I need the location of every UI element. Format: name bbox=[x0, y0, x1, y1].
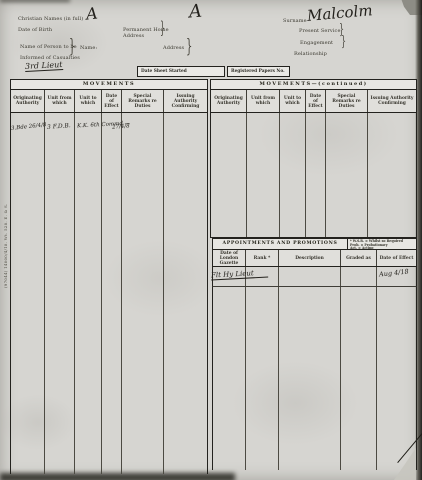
appointments-col-header: Description bbox=[279, 250, 341, 266]
address-brace: } bbox=[186, 39, 192, 58]
movements-header-row: Originating Authority Unit from which Un… bbox=[10, 90, 208, 113]
permanent-home-brace: } bbox=[160, 21, 165, 38]
address-label: Address bbox=[163, 45, 184, 51]
movements-continued-col-header: Date of Effect bbox=[306, 90, 326, 112]
table-column-line bbox=[213, 287, 246, 470]
engagement-brace: } bbox=[341, 35, 346, 49]
handwriting-christian-initial: A bbox=[85, 3, 98, 23]
table-column-line bbox=[341, 267, 377, 286]
movements-col-header: Unit to which bbox=[75, 90, 102, 112]
engagement-label: Engagement bbox=[300, 40, 333, 46]
appointments-footnote-box: * W.S.R. = Whilst so Required Prob. = Pr… bbox=[348, 238, 417, 250]
movements-continued-col-header: Originating Authority bbox=[211, 90, 247, 112]
table-column-line bbox=[102, 113, 122, 474]
appointments-col-header: Date of Effect bbox=[377, 250, 416, 266]
registered-papers-box: Registered Papers No. bbox=[227, 66, 290, 77]
appointments-title: APPOINTMENTS AND PROMOTIONS bbox=[212, 238, 348, 250]
movements-continued-col-header: Special Remarks re Duties bbox=[326, 90, 368, 112]
date-of-birth-label: Date of Birth bbox=[18, 27, 52, 33]
movements-col-header: Originating Authority bbox=[11, 90, 45, 112]
date-sheet-started-label: Date Sheet Started bbox=[141, 69, 187, 74]
movements-continued-header-row: Originating Authority Unit from which Un… bbox=[210, 90, 417, 113]
registered-papers-label: Registered Papers No. bbox=[231, 69, 285, 74]
paper-smudge-top bbox=[0, 0, 70, 2]
appointments-header-row: Date of London Gazette Rank * Descriptio… bbox=[212, 250, 417, 267]
table-column-line bbox=[306, 113, 326, 237]
appointments-title-bar: APPOINTMENTS AND PROMOTIONS * W.S.R. = W… bbox=[212, 238, 417, 250]
movements-continued-col-header: Unit from which bbox=[247, 90, 280, 112]
table-column-line bbox=[326, 113, 368, 237]
table-column-line bbox=[75, 113, 102, 474]
handwriting-informant-rank: 3rd Lieut bbox=[25, 60, 63, 72]
movements-col-header: Issuing Authority Confirming bbox=[164, 90, 207, 112]
permanent-address-label: Address bbox=[123, 33, 144, 39]
movements-col-header: Date of Effect bbox=[102, 90, 122, 112]
movements-title: MOVEMENTS bbox=[10, 79, 208, 90]
table-column-line bbox=[122, 113, 164, 474]
appointments-col-header: Graded as bbox=[341, 250, 377, 266]
table-column-line bbox=[246, 287, 279, 470]
table-column-line bbox=[11, 113, 45, 474]
appointments-body bbox=[212, 287, 417, 470]
table-column-line bbox=[247, 113, 280, 237]
movements-continued-title: MOVEMENTS—(continued) bbox=[210, 79, 417, 90]
christian-names-label: Christian Names (in full) bbox=[18, 16, 83, 22]
table-column-line bbox=[164, 113, 207, 474]
table-column-line bbox=[280, 113, 306, 237]
surname-label: Surname bbox=[283, 18, 307, 24]
present-service-label: Present Service bbox=[299, 28, 341, 34]
appointments-col-header: Rank * bbox=[246, 250, 279, 266]
date-sheet-started-box: Date Sheet Started bbox=[137, 66, 225, 77]
table-column-line bbox=[211, 113, 247, 237]
movements-body bbox=[10, 113, 208, 474]
printer-imprint: (97044) 14000/4/18. Wt. 528. E. & S. bbox=[3, 204, 8, 288]
table-column-line bbox=[45, 113, 75, 474]
appointments-col-header: Date of London Gazette bbox=[213, 250, 246, 266]
name-label: Name: bbox=[80, 45, 97, 51]
person-informed-brace: } bbox=[69, 39, 75, 58]
paper-smudge-bottom bbox=[0, 473, 235, 480]
table-column-line bbox=[377, 287, 416, 470]
movements-continued-table: MOVEMENTS—(continued) Originating Author… bbox=[210, 79, 417, 238]
movements-table: MOVEMENTS Originating Authority Unit fro… bbox=[10, 79, 208, 474]
table-column-line bbox=[279, 267, 341, 286]
handwriting-movement-date: 27/4/8 bbox=[112, 123, 130, 130]
table-column-line bbox=[279, 287, 341, 470]
relationship-label: Relationship bbox=[294, 51, 327, 57]
handwriting-monogram: A bbox=[188, 1, 202, 23]
movements-continued-body bbox=[210, 113, 417, 238]
table-column-line bbox=[341, 287, 377, 470]
movements-col-header: Special Remarks re Duties bbox=[122, 90, 164, 112]
service-record-sheet: (97044) 14000/4/18. Wt. 528. E. & S. Chr… bbox=[0, 0, 422, 480]
movements-continued-col-header: Issuing Authority Confirming bbox=[368, 90, 416, 112]
movements-continued-col-header: Unit to which bbox=[280, 90, 306, 112]
movements-col-header: Unit from which bbox=[45, 90, 75, 112]
table-column-line bbox=[368, 113, 416, 237]
